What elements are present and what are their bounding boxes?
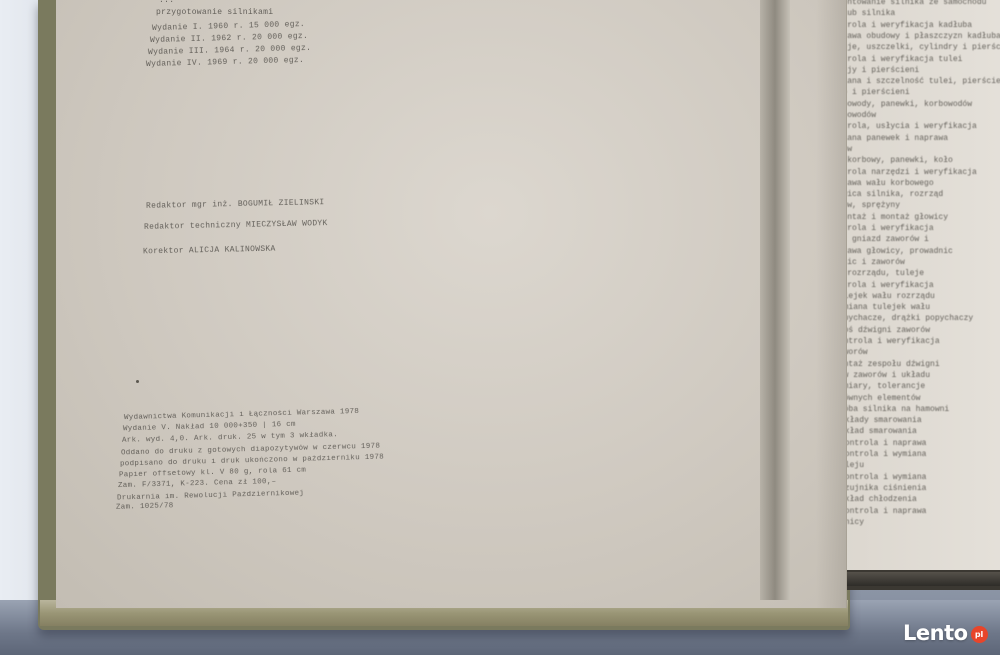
imprint-line: Ark. wyd. 4,0. Ark. druk. 25 w tym 3 wkł… <box>122 432 338 445</box>
toc-title: Popychacze, drążki popychaczy <box>834 314 973 323</box>
toc-title: Kontrola i weryfikacja tulei <box>828 55 962 64</box>
speech-bubble-icon: pl <box>971 626 988 643</box>
toc-title: czujnika ciśnienia <box>840 484 926 493</box>
toc-title: rów zaworów i układu <box>834 371 930 380</box>
credit-editor: Redaktor mgr inż. BOGUMIŁ ZIELIŃSKI <box>146 199 325 211</box>
ink-speck <box>136 380 139 383</box>
imprint-line: Wydanie V. Nakład 10 000+350 | 16 cm <box>123 421 296 433</box>
toc-title: Kontrola i wymiana <box>840 450 926 459</box>
toc-title: Wymiana i szczelność tulei, pierścieni <box>828 77 1000 86</box>
watermark-text: Lento <box>903 621 968 645</box>
top-line-1: przygotowanie silnikami <box>156 9 273 17</box>
toc-title: Kontrola i weryfikacja <box>834 337 940 346</box>
book-gutter <box>760 0 790 600</box>
toc-title: Próba silnika na hamowni <box>834 405 949 414</box>
imprint-line: Zam. F/3371, K-223. Cena zł 100,– <box>118 479 277 491</box>
edition-line: Wydanie I. 1960 r. 15 000 egz. <box>152 21 305 33</box>
left-page-imprint: ... przygotowanie silnikami Wydanie I. 1… <box>56 0 847 608</box>
imprint-line: Papier offsetowy kl. V 80 g, rola 61 cm <box>119 467 306 479</box>
toc-title: Kontrola i weryfikacja kadłuba <box>828 21 972 30</box>
toc-title: Tuleje, uszczelki, cylindry i pierścieni… <box>828 43 1000 52</box>
toc-title: Kontrola i naprawa <box>840 439 926 448</box>
toc-title: Układy smarowania <box>840 416 922 425</box>
edition-line: Wydanie IV. 1969 r. 20 000 egz. <box>146 57 304 69</box>
edition-line: Wydanie III. 1964 r. 20 000 egz. <box>148 45 311 57</box>
imprint-line: Drukarnia im. Rewolucji Październikowej <box>117 490 304 502</box>
toc-title: Wymiana tulejek wału <box>834 303 930 312</box>
toc-title: Kontrola i wymiana <box>840 473 926 482</box>
lento-watermark: Lento pl <box>903 621 988 645</box>
toc-title: Korbowody, panewki, korbowodów <box>828 100 972 109</box>
toc-title: Kontrola narzędzi i weryfikacja <box>828 168 977 177</box>
toc-title: Naprawa obudowy i płaszczyzn kadłuba <box>828 32 1000 41</box>
page-stack-edge <box>840 572 1000 586</box>
toc-title: Wymiary, tolerancje <box>834 382 925 391</box>
imprint-line: Zam. 1025/78 <box>116 503 174 512</box>
toc-title: tulejek wału rozrządu <box>834 292 935 301</box>
toc-title: i oś dźwigni zaworów <box>834 326 930 335</box>
credit-proofreader: Korektor ALICJA KALINOWSKA <box>143 246 276 257</box>
toc-title: Montaż zespołu dźwigni <box>834 360 940 369</box>
toc-title: Układ smarowania <box>840 427 917 436</box>
toc-title: Wymontowanie silnika ze samochodu <box>828 0 986 7</box>
imprint-line: Wydawnictwa Komunikacji i Łączności Wars… <box>124 409 359 423</box>
credit-technical-editor: Redaktor techniczny MIECZYSŁAW WODYK <box>144 220 328 232</box>
top-line-0: ... <box>159 0 174 5</box>
toc-title: Kontrola, usłycia i weryfikacja <box>828 122 977 131</box>
edition-line: Wydanie II. 1962 r. 20 000 egz. <box>150 33 308 45</box>
toc-title: Układ chłodzenia <box>840 495 917 504</box>
toc-title: Kontrola i naprawa <box>840 507 926 516</box>
